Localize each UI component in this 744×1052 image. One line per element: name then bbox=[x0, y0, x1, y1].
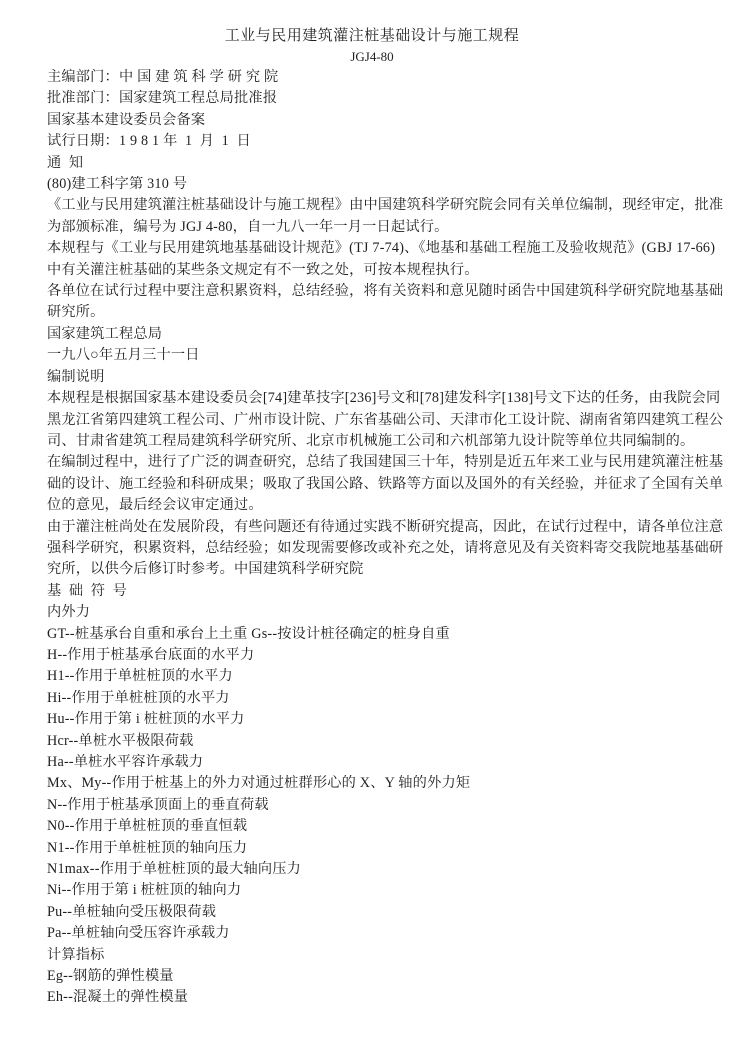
text-line: (80)建工科字第 310 号 bbox=[47, 174, 736, 195]
text-line: 黑龙江省第四建筑工程公司、广州市设计院、广东省基础公司、天津市化工设计院、湖南省… bbox=[47, 410, 736, 431]
text-line: 本规程与《工业与民用建筑地基基础设计规范》(TJ 7-74)、《地基和基础工程施… bbox=[47, 238, 736, 259]
document-number: JGJ4-80 bbox=[0, 47, 744, 67]
text-line: 为部颁标准，编号为 JGJ 4-80，自一九八一年一月一日起试行。 bbox=[47, 217, 736, 238]
text-line: Mx、My--作用于桩基上的外力对通过桩群形心的 X、Y 轴的外力矩 bbox=[47, 773, 736, 794]
text-line: Ha--单桩水平容许承载力 bbox=[47, 752, 736, 773]
text-line: 究所，以供今后修订时参考。中国建筑科学研究院 bbox=[47, 559, 736, 580]
text-line: 强科学研究，积累资料，总结经验；如发现需要修改或补充之处，请将意见及有关资料寄交… bbox=[47, 538, 736, 559]
text-line: 编制说明 bbox=[47, 367, 736, 388]
text-line: 中有关灌注桩基础的某些条文规定有不一致之处，可按本规程执行。 bbox=[47, 260, 736, 281]
text-line: 研究所。 bbox=[47, 302, 736, 323]
text-line: GT--桩基承台自重和承台上土重 Gs--按设计桩径确定的桩身自重 bbox=[47, 624, 736, 645]
text-line: 国家基本建设委员会备案 bbox=[47, 110, 736, 131]
text-line: Pa--单桩轴向受压容许承载力 bbox=[47, 923, 736, 944]
text-line: Eg--钢筋的弹性模量 bbox=[47, 966, 736, 987]
text-line: 一九八○年五月三十一日 bbox=[47, 345, 736, 366]
text-line: 在编制过程中，进行了广泛的调查研究，总结了我国建国三十年，特别是近五年来工业与民… bbox=[47, 452, 736, 473]
text-line: N1max--作用于单桩桩顶的最大轴向压力 bbox=[47, 859, 736, 880]
document-page: 工业与民用建筑灌注桩基础设计与施工规程 JGJ4-80 主编部门：中 国 建 筑… bbox=[0, 0, 744, 1052]
text-line: N0--作用于单桩桩顶的垂直恒载 bbox=[47, 816, 736, 837]
text-line: 《工业与民用建筑灌注桩基础设计与施工规程》由中国建筑科学研究院会同有关单位编制，… bbox=[47, 195, 736, 216]
text-line: 通 知 bbox=[47, 153, 736, 174]
text-line: 位的意见，最后经会议审定通过。 bbox=[47, 495, 736, 516]
text-line: Hi--作用于单桩桩顶的水平力 bbox=[47, 688, 736, 709]
text-line: 计算指标 bbox=[47, 945, 736, 966]
text-line: 司、甘肃省建筑工程局建筑科学研究所、北京市机械施工公司和六机部第九设计院等单位共… bbox=[47, 431, 736, 452]
text-line: 本规程是根据国家基本建设委员会[74]建革技字[236]号文和[78]建发科字[… bbox=[47, 388, 736, 409]
text-line: Ni--作用于第 i 桩桩顶的轴向力 bbox=[47, 880, 736, 901]
document-body: 主编部门：中 国 建 筑 科 学 研 究 院 批准部门：国家建筑工程总局批准报 … bbox=[47, 67, 736, 1009]
text-line: H1--作用于单桩桩顶的水平力 bbox=[47, 666, 736, 687]
text-line: 各单位在试行过程中要注意积累资料，总结经验，将有关资料和意见随时函告中国建筑科学… bbox=[47, 281, 736, 302]
text-line: 内外力 bbox=[47, 602, 736, 623]
text-line: H--作用于桩基承台底面的水平力 bbox=[47, 645, 736, 666]
text-line: Pu--单桩轴向受压极限荷载 bbox=[47, 902, 736, 923]
text-line: 基 础 符 号 bbox=[47, 581, 736, 602]
document-title: 工业与民用建筑灌注桩基础设计与施工规程 bbox=[0, 26, 744, 47]
text-line: 试行日期：1 9 8 1 年 1 月 1 日 bbox=[47, 131, 736, 152]
text-line: 国家建筑工程总局 bbox=[47, 324, 736, 345]
text-line: 由于灌注桩尚处在发展阶段，有些问题还有待通过实践不断研究提高，因此，在试行过程中… bbox=[47, 517, 736, 538]
text-line: N1--作用于单桩桩顶的轴向压力 bbox=[47, 838, 736, 859]
text-line: Eh--混凝土的弹性模量 bbox=[47, 987, 736, 1008]
text-line: Hcr--单桩水平极限荷载 bbox=[47, 731, 736, 752]
text-line: 础的设计、施工经验和科研成果；吸取了我国公路、铁路等方面以及国外的有关经验，并征… bbox=[47, 474, 736, 495]
text-line: N--作用于桩基承顶面上的垂直荷载 bbox=[47, 795, 736, 816]
text-line: 批准部门：国家建筑工程总局批准报 bbox=[47, 88, 736, 109]
text-line: Hu--作用于第 i 桩桩顶的水平力 bbox=[47, 709, 736, 730]
text-line: 主编部门：中 国 建 筑 科 学 研 究 院 bbox=[47, 67, 736, 88]
